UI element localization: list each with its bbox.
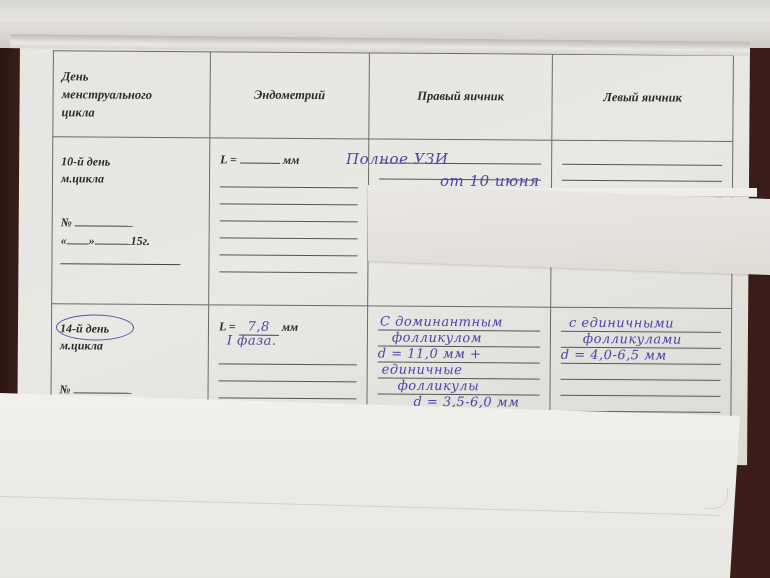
endometrium-thickness: L = мм [220,152,358,168]
header-cycle-day: День менструального цикла [53,51,211,138]
header-left-ovary: Левый яичник [552,54,734,141]
day-label: 10-й день [61,153,201,171]
covering-envelope [0,393,740,578]
record-number: № [61,213,201,232]
record-date: «»15г. [61,231,201,250]
cycle-day-cell: 10-й день м.цикла № «»15г. [52,137,210,305]
handwritten-note-line1: Полное УЗИ [346,150,449,168]
cycle-label: м.цикла [60,337,200,355]
signature-line [60,263,180,265]
header-right-ovary: Правый яичник [369,53,553,140]
number-field [75,213,133,226]
number-field [74,380,132,393]
folded-paper-strip [368,185,770,275]
endometrium-lines [219,171,358,273]
table-header-row: День менструального цикла Эндометрий Пра… [53,51,734,142]
endometrium-lines [219,348,357,399]
cycle-label: м.цикла [61,170,201,188]
handwritten-circle [56,314,134,341]
header-endometrium: Эндометрий [210,52,370,139]
endometrium-cell: L = мм [209,138,369,306]
